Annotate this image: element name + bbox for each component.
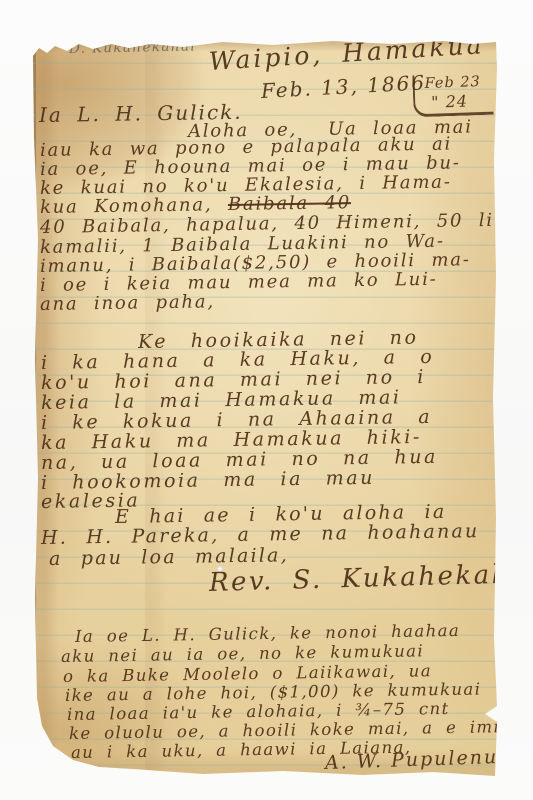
letter-line: ana inoa paha, bbox=[40, 293, 215, 314]
letter-line: i oe i keia mau mea ma ko Lui- bbox=[40, 271, 438, 295]
ps-signature: A. W. Pupulenui bbox=[325, 748, 507, 773]
received-date-bracket: Feb 23 " 24 bbox=[412, 73, 493, 118]
received-date-2: " 24 bbox=[425, 91, 494, 113]
received-date-1: Feb 23 bbox=[424, 73, 493, 93]
place-line: Waipio, Hamakua bbox=[208, 32, 485, 74]
date-line: Feb. 13, 1866 bbox=[260, 72, 426, 101]
pencil-annotation: D. Kukahekahai bbox=[69, 40, 196, 56]
scanned-letter-background: D. Kukahekahai Waipio, Hamakua Feb. 13, … bbox=[0, 0, 533, 800]
signature: Rev. S. Kukahekake, bbox=[209, 561, 533, 596]
letter-page: D. Kukahekahai Waipio, Hamakua Feb. 13, … bbox=[33, 38, 497, 776]
letter-line: a pau loa malaila, bbox=[49, 546, 289, 569]
